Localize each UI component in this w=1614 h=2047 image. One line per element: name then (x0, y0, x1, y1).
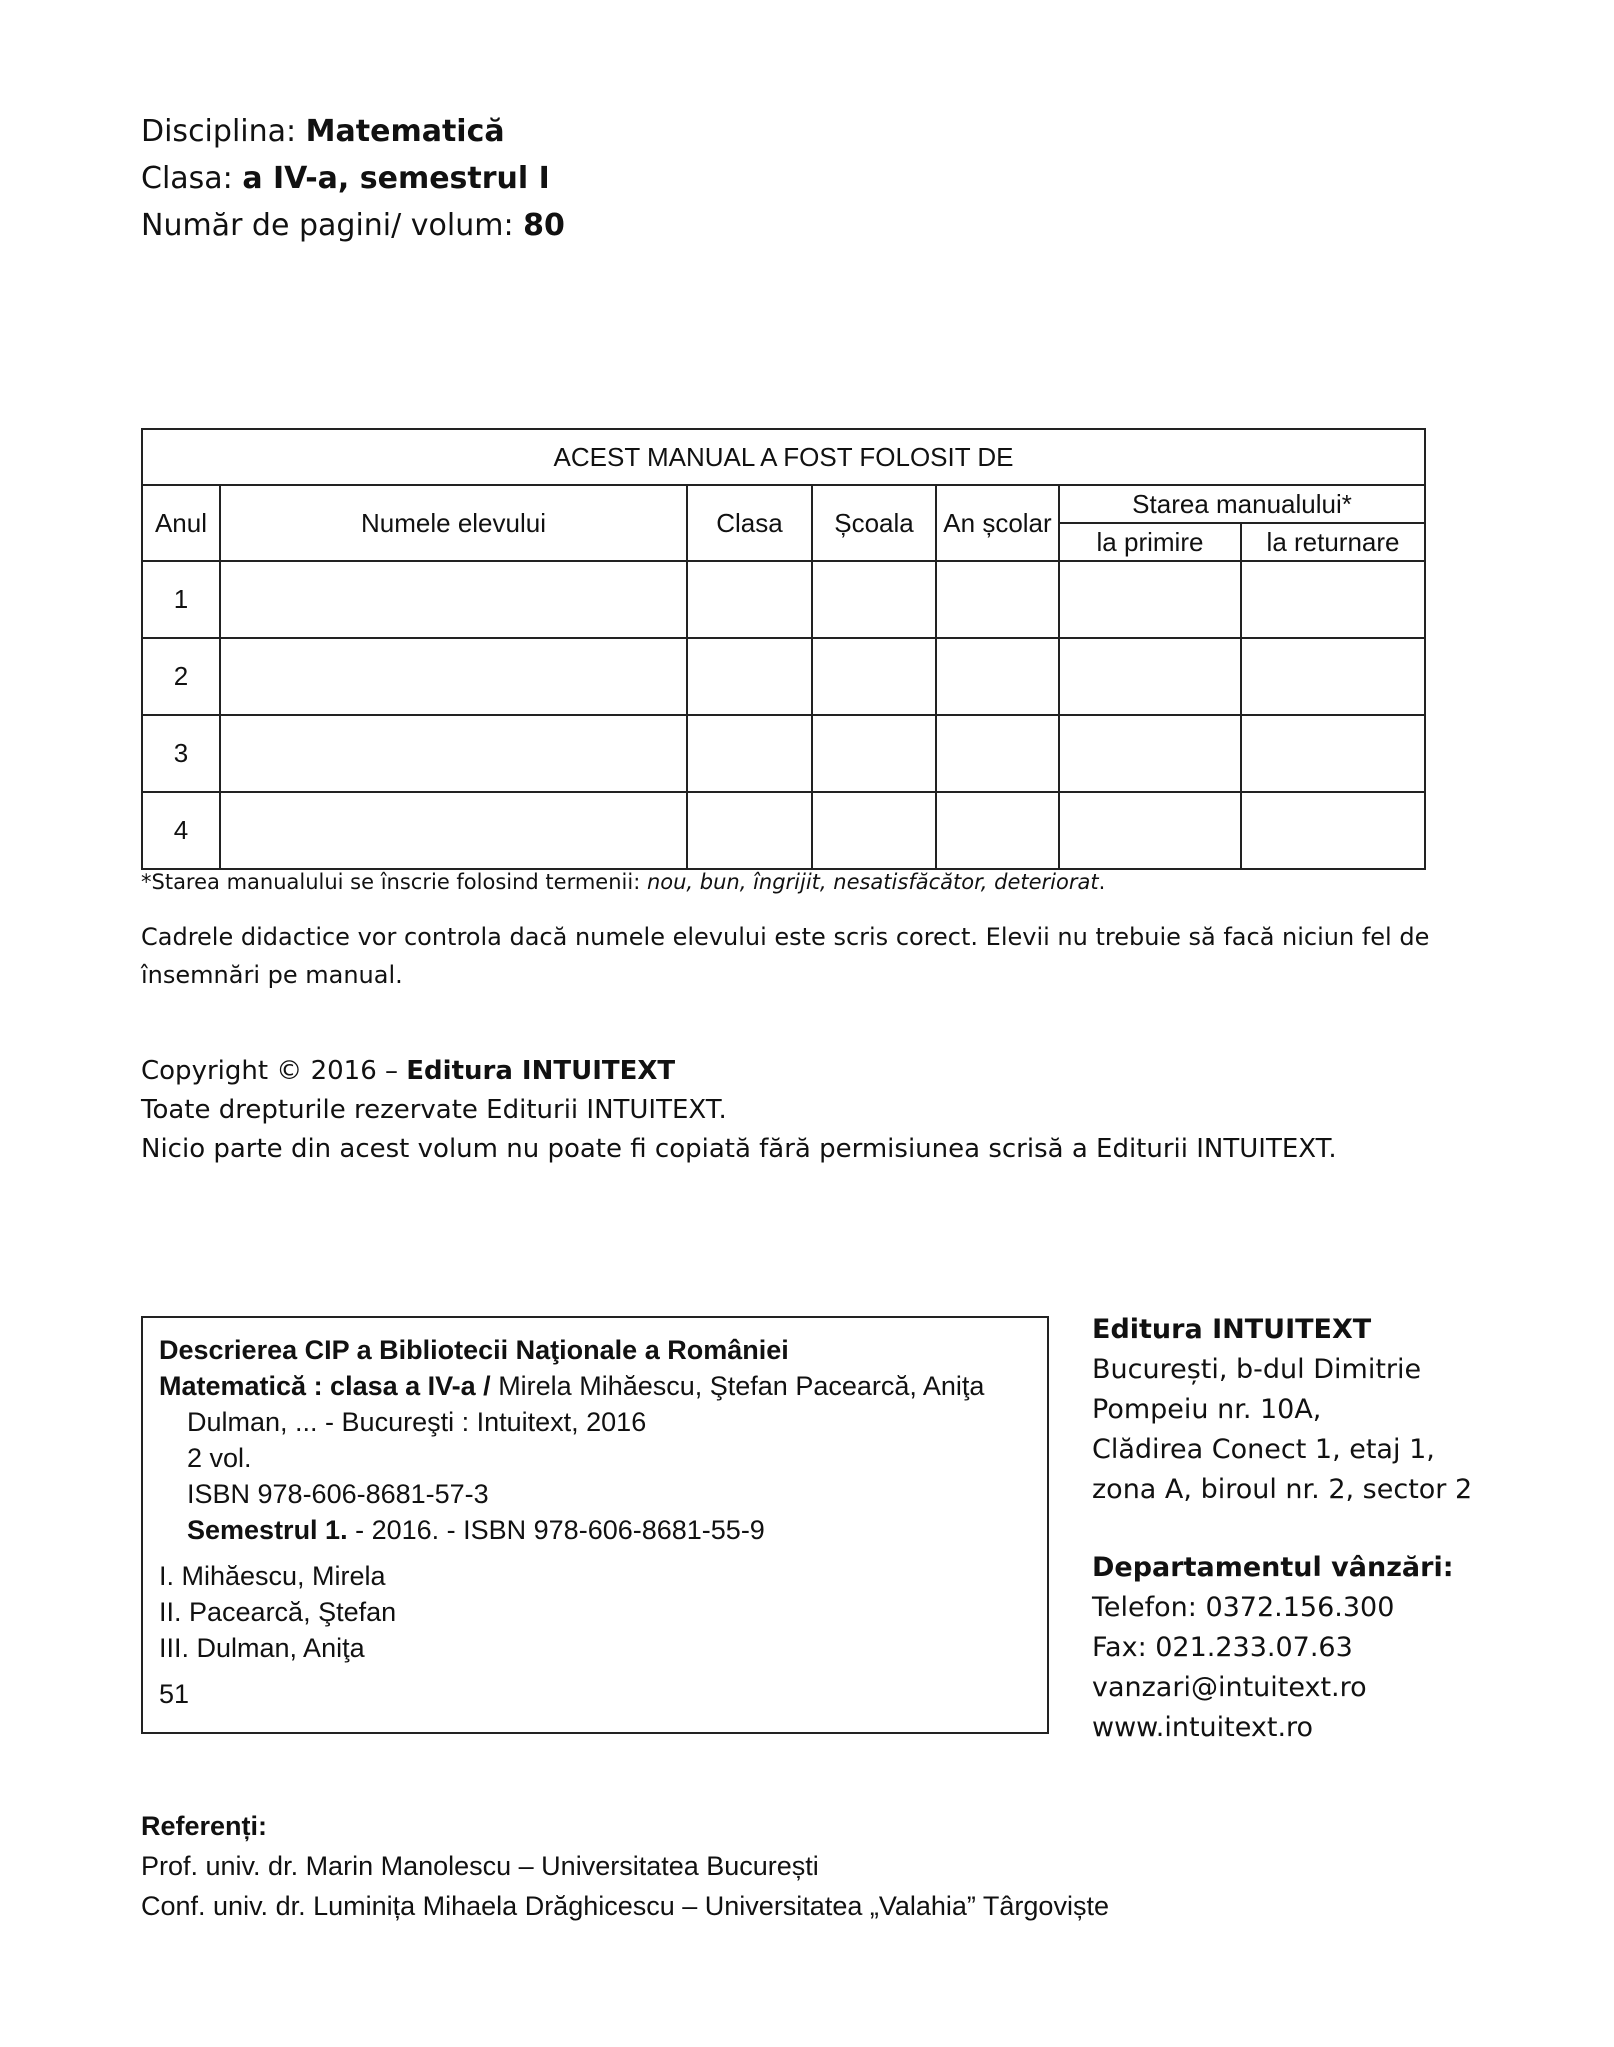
phone: Telefon: 0372.156.300 (1092, 1588, 1472, 1628)
col-header-condition: Starea manualului* (1059, 485, 1425, 523)
cip-index-item: III. Dulman, Aniţa (159, 1630, 1037, 1666)
referee-item: Conf. univ. dr. Luminița Mihaela Drăghic… (141, 1886, 1109, 1926)
cell-student-name[interactable] (220, 715, 687, 792)
col-header-condition-returned: la returnare (1241, 523, 1425, 561)
cell-class[interactable] (687, 638, 812, 715)
cell-school-year[interactable] (936, 792, 1059, 869)
cell-class[interactable] (687, 561, 812, 638)
col-header-condition-received: la primire (1059, 523, 1241, 561)
no-copy-line: Nicio parte din acest volum nu poate fi … (141, 1130, 1337, 1169)
table-row: 3 (142, 715, 1425, 792)
cip-authors: Mirela Mihăescu, Ştefan Pacearcă, Aniţa (498, 1371, 984, 1401)
cell-student-name[interactable] (220, 792, 687, 869)
cip-semester: Semestrul 1. - 2016. - ISBN 978-606-8681… (159, 1512, 1037, 1548)
pages-value: 80 (523, 208, 565, 243)
cell-received[interactable] (1059, 561, 1241, 638)
col-header-year: Anul (142, 485, 220, 561)
table-row: 2 (142, 638, 1425, 715)
publisher-name: Editura INTUITEXT (1092, 1310, 1472, 1350)
cip-isbn: ISBN 978-606-8681-57-3 (159, 1476, 1037, 1512)
cell-year: 4 (142, 792, 220, 869)
cell-received[interactable] (1059, 792, 1241, 869)
usage-table: ACEST MANUAL A FOST FOLOSIT DE Anul Nume… (141, 428, 1426, 870)
website-link[interactable]: www.intuitext.ro (1092, 1708, 1472, 1748)
cell-student-name[interactable] (220, 561, 687, 638)
class-value: a IV-a, semestrul I (242, 161, 549, 196)
teacher-note: Cadrele didactice vor controla dacă nume… (141, 918, 1441, 994)
cip-title: Descrierea CIP a Bibliotecii Naţionale a… (159, 1332, 1037, 1368)
address-line: Clădirea Conect 1, etaj 1, (1092, 1430, 1472, 1470)
table-footnote: *Starea manualului se înscrie folosind t… (141, 870, 1105, 894)
cell-school[interactable] (812, 715, 936, 792)
cip-box: Descrierea CIP a Bibliotecii Naţionale a… (141, 1316, 1049, 1734)
cell-year: 2 (142, 638, 220, 715)
email-link[interactable]: vanzari@intuitext.ro (1092, 1668, 1472, 1708)
publisher-contact: Editura INTUITEXT București, b-dul Dimit… (1092, 1310, 1472, 1748)
cell-year: 3 (142, 715, 220, 792)
cell-school-year[interactable] (936, 715, 1059, 792)
address-line: zona A, biroul nr. 2, sector 2 (1092, 1470, 1472, 1510)
cip-authors-cont: Dulman, ... - Bucureşti : Intuitext, 201… (159, 1404, 1037, 1440)
referees-block: Referenți: Prof. univ. dr. Marin Manoles… (141, 1806, 1109, 1926)
condition-terms: nou, bun, îngrijit, nesatisfăcător, dete… (647, 870, 1099, 894)
cip-book-title: Matematică : clasa a IV-a / (159, 1371, 498, 1401)
cell-year: 1 (142, 561, 220, 638)
pages-line: Număr de pagini/ volum: 80 (141, 202, 565, 249)
col-header-school-year: An școlar (936, 485, 1059, 561)
cip-classification: 51 (159, 1676, 1037, 1712)
cell-returned[interactable] (1241, 638, 1425, 715)
cell-school-year[interactable] (936, 561, 1059, 638)
cip-volumes: 2 vol. (159, 1440, 1037, 1476)
cip-index-item: I. Mihăescu, Mirela (159, 1558, 1037, 1594)
address-line: Pompeiu nr. 10A, (1092, 1390, 1472, 1430)
cell-returned[interactable] (1241, 792, 1425, 869)
referee-item: Prof. univ. dr. Marin Manolescu – Univer… (141, 1846, 1109, 1886)
referees-title: Referenți: (141, 1806, 1109, 1846)
copyright-line: Copyright © 2016 – Editura INTUITEXT (141, 1052, 1337, 1091)
col-header-class: Clasa (687, 485, 812, 561)
cell-school-year[interactable] (936, 638, 1059, 715)
cell-returned[interactable] (1241, 561, 1425, 638)
book-info: Disciplina: Matematică Clasa: a IV-a, se… (141, 108, 565, 249)
cell-received[interactable] (1059, 715, 1241, 792)
discipline-line: Disciplina: Matematică (141, 108, 565, 155)
table-row: 4 (142, 792, 1425, 869)
table-row: 1 (142, 561, 1425, 638)
cell-school[interactable] (812, 638, 936, 715)
class-line: Clasa: a IV-a, semestrul I (141, 155, 565, 202)
rights-reserved-line: Toate drepturile rezervate Editurii INTU… (141, 1091, 1337, 1130)
cell-returned[interactable] (1241, 715, 1425, 792)
col-header-student-name: Numele elevului (220, 485, 687, 561)
sales-department-title: Departamentul vânzări: (1092, 1548, 1472, 1588)
cell-student-name[interactable] (220, 638, 687, 715)
cell-class[interactable] (687, 715, 812, 792)
discipline-value: Matematică (306, 114, 505, 149)
cell-school[interactable] (812, 561, 936, 638)
fax: Fax: 021.233.07.63 (1092, 1628, 1472, 1668)
cell-class[interactable] (687, 792, 812, 869)
cip-book-line: Matematică : clasa a IV-a / Mirela Mihăe… (159, 1368, 1037, 1404)
table-title: ACEST MANUAL A FOST FOLOSIT DE (142, 429, 1425, 485)
copyright-block: Copyright © 2016 – Editura INTUITEXT Toa… (141, 1052, 1337, 1169)
cip-index-item: II. Pacearcă, Ştefan (159, 1594, 1037, 1630)
publisher-name-bold: Editura INTUITEXT (406, 1056, 675, 1086)
cell-received[interactable] (1059, 638, 1241, 715)
cell-school[interactable] (812, 792, 936, 869)
address-line: București, b-dul Dimitrie (1092, 1350, 1472, 1390)
col-header-school: Școala (812, 485, 936, 561)
